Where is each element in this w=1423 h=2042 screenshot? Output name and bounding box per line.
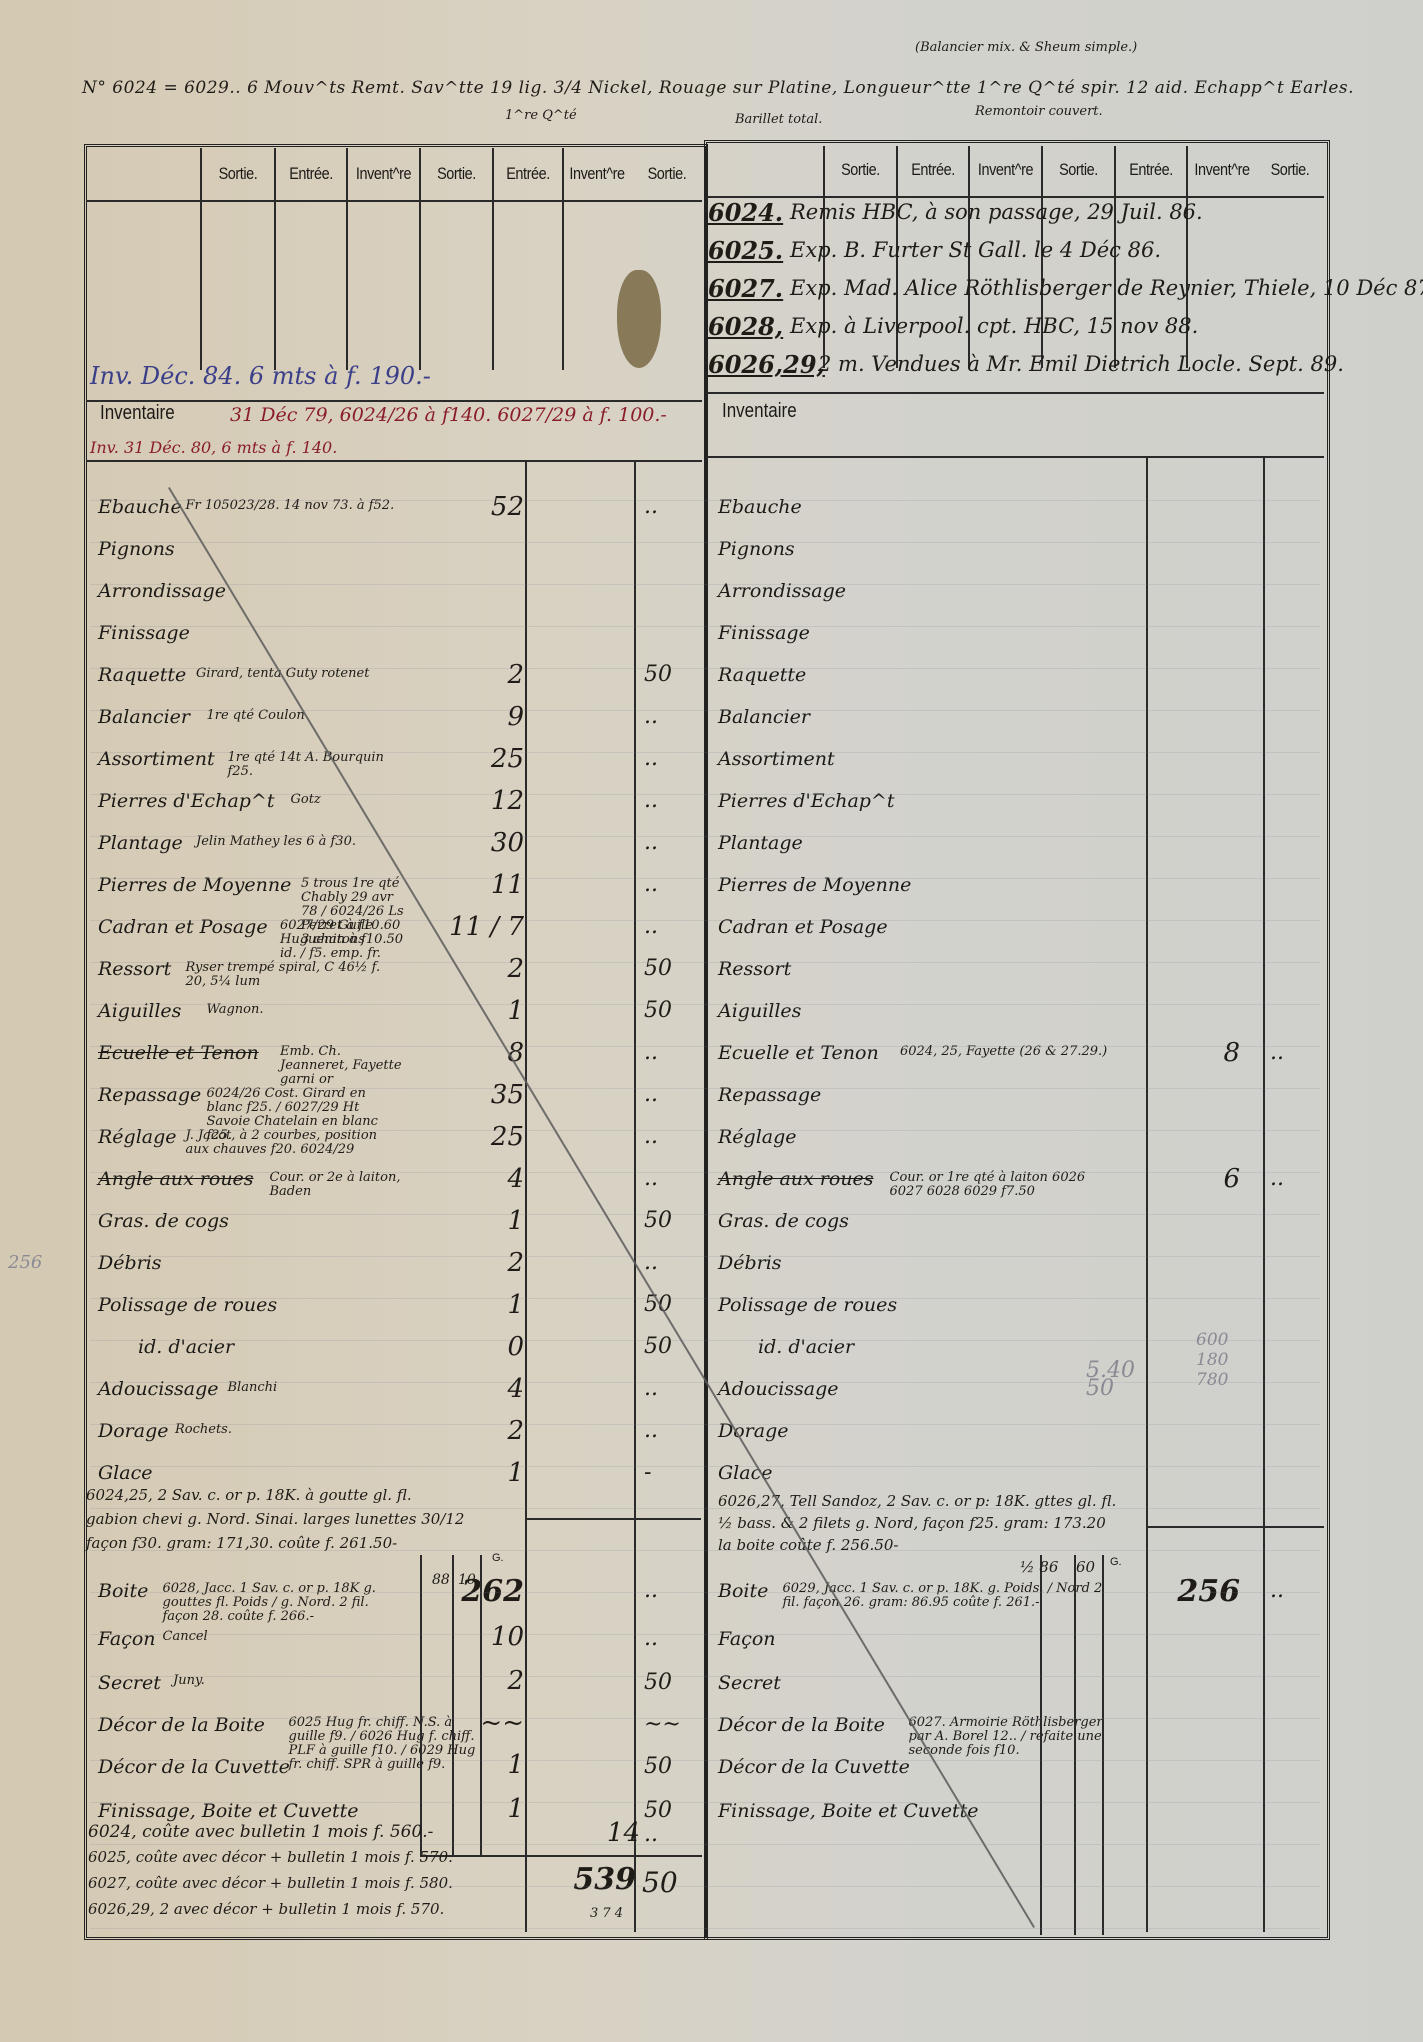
boite-row-francs: ~~ xyxy=(414,1708,524,1738)
item-centimes: 50 xyxy=(644,956,694,981)
item-centimes: .. xyxy=(644,1418,694,1443)
item-centimes: .. xyxy=(644,704,694,729)
item-francs: 11 / 7 xyxy=(414,912,524,942)
col-header-entree-2: Entrée. xyxy=(1121,152,1181,188)
item-note: Rochets. xyxy=(175,1423,232,1437)
item-centimes: .. xyxy=(644,1166,694,1191)
cost-line: 6027, coûte avec décor + bulletin 1 mois… xyxy=(88,1874,453,1892)
inventaire-label-right: Inventaire xyxy=(722,400,797,423)
item-francs: 52 xyxy=(414,492,524,522)
boite-row-francs: 1 xyxy=(414,1794,524,1824)
item-centimes: .. xyxy=(1270,1166,1320,1191)
entry-number: 6027. xyxy=(708,274,783,303)
left-total-francs: 539 xyxy=(526,1862,636,1897)
boite-row-label: Boite xyxy=(98,1580,148,1602)
item-note: 1re qté 14t A. Bourquin f25. xyxy=(228,751,405,779)
ruled-line xyxy=(90,836,1320,837)
ruled-line xyxy=(90,1466,1320,1467)
col-header-inventaire-2: Invent^re xyxy=(1193,152,1251,188)
item-note: Cour. or 2e à laiton, Baden xyxy=(270,1171,405,1199)
header-sub-mid: Barillet total. xyxy=(735,112,822,127)
item-centimes: .. xyxy=(1270,1040,1320,1065)
item-francs: 1 xyxy=(414,1458,524,1488)
item-centimes: .. xyxy=(644,830,694,855)
col-header-sortie-3: Sortie. xyxy=(1261,152,1319,188)
ruled-line xyxy=(90,1634,1320,1635)
item-centimes: .. xyxy=(644,494,694,519)
col-header-sortie-2: Sortie. xyxy=(1048,152,1108,188)
entry-number: 6026,29, xyxy=(708,350,825,379)
ruled-line xyxy=(90,1928,1320,1929)
inventaire-label-left: Inventaire xyxy=(100,402,175,425)
item-francs: 25 xyxy=(414,1122,524,1152)
item-note: Blanchi xyxy=(228,1381,278,1395)
boite-note: gabion chevi g. Nord. Sinai. larges lune… xyxy=(86,1510,464,1528)
item-francs: 0 xyxy=(414,1332,524,1362)
ruled-line xyxy=(90,1004,1320,1005)
ruled-line xyxy=(90,584,1320,585)
ruled-line xyxy=(90,1130,1320,1131)
ruled-line xyxy=(90,1214,1320,1215)
left-boite-g-label: G. xyxy=(492,1552,504,1564)
right-boite-grams: 60 xyxy=(1076,1558,1095,1576)
ruled-line xyxy=(90,1172,1320,1173)
item-note: J. Jacot, à 2 courbes, position aux chau… xyxy=(186,1129,405,1157)
ruled-line xyxy=(90,878,1320,879)
boite-row-centimes: 50 xyxy=(644,1670,694,1695)
entry-text: Remis HBC, à son passage, 29 Juil. 86. xyxy=(790,200,1203,224)
item-note: Fr 105023/28. 14 nov 73. à f52. xyxy=(186,499,395,513)
inventory-note-blue: Inv. Déc. 84. 6 mts à f. 190.- xyxy=(90,362,431,390)
ruled-line xyxy=(90,1844,1320,1845)
ruled-line xyxy=(90,794,1320,795)
boite-row-francs: 10 xyxy=(414,1622,524,1652)
boite-row-note: 6029, Jacc. 1 Sav. c. or p. 18K. g. Poid… xyxy=(783,1582,1111,1610)
item-francs: 1 xyxy=(414,996,524,1026)
ruled-line xyxy=(90,1340,1320,1341)
ruled-line xyxy=(90,710,1320,711)
ruled-line xyxy=(90,1508,1320,1509)
boite-note: ½ bass. & 2 filets g. Nord, façon f25. g… xyxy=(718,1514,1106,1532)
cost-line: 6025, coûte avec décor + bulletin 1 mois… xyxy=(88,1848,453,1866)
item-francs: 2 xyxy=(414,1248,524,1278)
item-francs: 1 xyxy=(414,1290,524,1320)
item-centimes: .. xyxy=(644,788,694,813)
col-header-sortie-2: Sortie. xyxy=(426,156,486,192)
boite-row-note: Cancel xyxy=(163,1630,208,1644)
ruled-line xyxy=(90,1256,1320,1257)
item-francs: 12 xyxy=(414,786,524,816)
item-francs: 30 xyxy=(414,828,524,858)
left-boite-grams: 10 xyxy=(458,1572,476,1588)
item-note: 6027/29 Guile Huguenin à f10.50 id. / f5… xyxy=(280,919,404,961)
ruled-line xyxy=(90,542,1320,543)
boite-row-label: Façon xyxy=(98,1628,156,1650)
pencil-note: 5.40 50 xyxy=(1086,1362,1135,1398)
item-francs: 4 xyxy=(414,1374,524,1404)
ruled-line xyxy=(90,962,1320,963)
item-note: Ryser trempé spiral, C 46½ f. 20, 5¼ lum xyxy=(186,961,405,989)
boite-row-label: Finissage, Boite et Cuvette xyxy=(718,1800,978,1822)
item-centimes: .. xyxy=(644,872,694,897)
item-note: 6024, 25, Fayette (26 & 27.29.) xyxy=(900,1045,1107,1059)
ruled-line xyxy=(90,1802,1320,1803)
item-francs: 1 xyxy=(414,1206,524,1236)
boite-row-label: Boite xyxy=(718,1580,768,1602)
boite-row-centimes: ~~ xyxy=(644,1712,694,1737)
ruled-line xyxy=(90,1760,1320,1761)
entry-number: 6028, xyxy=(708,312,783,341)
entry-number: 6024. xyxy=(708,198,783,227)
boite-note: 6024,25, 2 Sav. c. or p. 18K. à goutte g… xyxy=(86,1486,412,1504)
col-header-inventaire-2: Invent^re xyxy=(569,156,625,192)
boite-row-label: Façon xyxy=(718,1628,776,1650)
page-title: N° 6024 = 6029.. 6 Mouv^ts Remt. Sav^tte… xyxy=(82,78,1354,98)
ruled-line xyxy=(90,1298,1320,1299)
ruled-line xyxy=(90,1886,1320,1887)
item-note: Emb. Ch. Jeanneret, Fayette garni or xyxy=(280,1045,404,1087)
item-centimes: .. xyxy=(644,914,694,939)
boite-row-centimes: .. xyxy=(1270,1578,1320,1603)
item-francs: 2 xyxy=(414,954,524,984)
left-total-sub: 3 7 4 xyxy=(590,1906,623,1921)
cost-line: 6026,29, 2 avec décor + bulletin 1 mois … xyxy=(88,1900,444,1918)
inventory-note-red-2: Inv. 31 Déc. 80, 6 mts à f. 140. xyxy=(90,438,337,457)
ruled-line xyxy=(90,1046,1320,1047)
ruled-line xyxy=(90,920,1320,921)
item-centimes: 50 xyxy=(644,1208,694,1233)
col-header-inventaire-1: Invent^re xyxy=(353,156,413,192)
item-francs: 11 xyxy=(414,870,524,900)
item-centimes: .. xyxy=(644,746,694,771)
item-francs: 6 xyxy=(1130,1164,1240,1194)
item-note: Jelin Mathey les 6 à f30. xyxy=(196,835,356,849)
item-francs: 2 xyxy=(414,660,524,690)
left-boite-weight: 88 xyxy=(432,1572,450,1588)
ruled-line xyxy=(90,1088,1320,1089)
item-centimes: 50 xyxy=(644,662,694,687)
entry-text: Exp. B. Furter St Gall. le 4 Déc 86. xyxy=(790,238,1161,262)
col-header-entree-2: Entrée. xyxy=(499,156,557,192)
col-header-sortie-1: Sortie. xyxy=(830,152,890,188)
right-boite-g-label: G. xyxy=(1110,1556,1122,1568)
left-total-centimes: 50 xyxy=(642,1866,692,1899)
item-francs: 8 xyxy=(1130,1038,1240,1068)
boite-row-centimes: .. xyxy=(644,1626,694,1651)
col-header-sortie-1: Sortie. xyxy=(207,156,268,192)
entry-text: 2 m. Vendues à Mr. Emil Dietrich Locle. … xyxy=(818,352,1344,376)
boite-row-francs: 2 xyxy=(414,1666,524,1696)
item-note: Wagnon. xyxy=(207,1003,264,1017)
entry-text: Exp. à Liverpool. cpt. HBC, 15 nov 88. xyxy=(790,314,1198,338)
item-note: 1re qté Coulon xyxy=(207,709,305,723)
entry-text: Exp. Mad. Alice Röthlisberger de Reynier… xyxy=(790,276,1423,300)
margin-note: 256 xyxy=(8,1252,42,1273)
item-centimes: .. xyxy=(644,1376,694,1401)
boite-row-note: 6028, Jacc. 1 Sav. c. or p. 18K g. goutt… xyxy=(163,1582,395,1624)
ruled-line xyxy=(90,626,1320,627)
item-centimes: .. xyxy=(644,1040,694,1065)
ruled-line xyxy=(90,752,1320,753)
cost-line: 6024, coûte avec bulletin 1 mois f. 560.… xyxy=(88,1822,433,1842)
ledger-page: (Balancier mix. & Sheum simple.) N° 6024… xyxy=(0,0,1423,2042)
boite-row-francs: 1 xyxy=(414,1750,524,1780)
boite-row-centimes: 50 xyxy=(644,1754,694,1779)
ruled-line xyxy=(90,1718,1320,1719)
item-centimes: 50 xyxy=(644,1292,694,1317)
boite-row-label: Finissage, Boite et Cuvette xyxy=(98,1800,358,1822)
item-francs: 35 xyxy=(414,1080,524,1110)
item-centimes: .. xyxy=(644,1124,694,1149)
item-note: Gotz xyxy=(291,793,321,807)
ruled-line xyxy=(90,1592,1320,1593)
header-sub-left: 1^re Q^té xyxy=(505,108,577,123)
item-centimes: 50 xyxy=(644,998,694,1023)
item-francs: 4 xyxy=(414,1164,524,1194)
col-header-inventaire-1: Invent^re xyxy=(975,152,1035,188)
item-centimes: .. xyxy=(644,1250,694,1275)
header-sub-right: Remontoir couvert. xyxy=(975,104,1103,119)
ruled-line xyxy=(90,1676,1320,1677)
boite-row-centimes: .. xyxy=(644,1578,694,1603)
ruled-line xyxy=(90,668,1320,669)
col-header-entree-1: Entrée. xyxy=(281,156,341,192)
ink-stain xyxy=(617,270,661,368)
item-note: Cour. or 1re qté à laiton 6026 6027 6028… xyxy=(890,1171,1121,1199)
item-francs: 25 xyxy=(414,744,524,774)
item-francs: 9 xyxy=(414,702,524,732)
right-boite-weight: ½ 86 xyxy=(1020,1558,1058,1576)
header-above-note: (Balancier mix. & Sheum simple.) xyxy=(915,40,1137,55)
ruled-line xyxy=(90,1550,1320,1551)
boite-row-note: 6027. Armoirie Röthlisberger par A. Bore… xyxy=(909,1716,1111,1758)
item-centimes: - xyxy=(644,1460,694,1485)
entry-number: 6025. xyxy=(708,236,783,265)
ruled-line xyxy=(90,1424,1320,1425)
ruled-line xyxy=(90,1382,1320,1383)
pencil-note: 600 180 780 xyxy=(1196,1330,1228,1390)
ruled-line xyxy=(90,500,1320,501)
col-header-sortie-3: Sortie. xyxy=(637,156,697,192)
inventory-note-red: 31 Déc 79, 6024/26 à f140. 6027/29 à f. … xyxy=(230,404,667,426)
item-francs: 2 xyxy=(414,1416,524,1446)
col-header-entree-1: Entrée. xyxy=(903,152,963,188)
item-centimes: .. xyxy=(644,1082,694,1107)
